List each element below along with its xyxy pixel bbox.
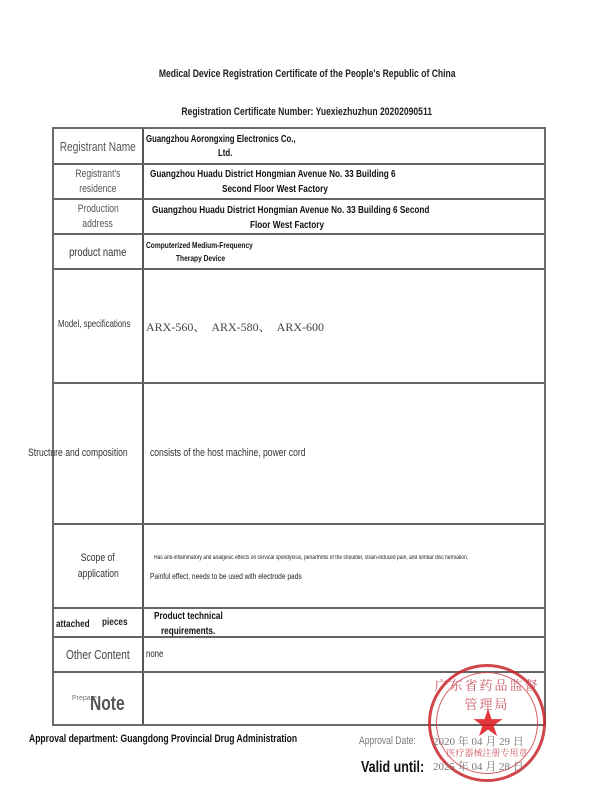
row-divider [54,523,544,525]
certificate-title: Medical Device Registration Certificate … [0,68,602,80]
registration-number: Registration Certificate Number: Yuexiez… [0,106,602,118]
row-divider [54,607,544,609]
label-model-specifications: Model, specifications [58,319,151,330]
label-production-address: Productionaddress [54,200,142,233]
value-other-content: none [146,649,168,660]
valid-until-value: 2025 年 04 月 28 日 [433,758,524,774]
label-pieces: pieces [102,616,135,628]
row-divider [54,382,544,384]
value-product-name: Computerized Medium-Frequency Therapy De… [146,239,540,265]
value-registrant-name: Guangzhou Aorongxing Electronics Co., Lt… [146,133,540,161]
value-scope-line2: Painful effect, needs to be used with el… [150,571,345,581]
label-other-content: Other Content [54,638,142,671]
approval-date-value: 2020 年 04 月 29 日 [433,733,524,749]
label-attached: attached [56,618,99,630]
approval-date-label: Approval Date: [359,735,432,747]
value-model-specifications: ARX-560、 ARX-580、 ARX-600 [146,318,324,335]
value-scope-line1: Has anti-inflammatory and analgesic effe… [154,555,537,561]
row-divider [54,268,544,270]
value-registrant-residence: Guangzhou Huadu District Hongmian Avenue… [146,167,540,197]
value-production-address: Guangzhou Huadu District Hongmian Avenue… [146,203,540,233]
valid-until-label: Valid until: [361,759,442,777]
label-structure-composition: Structure and composition [28,447,156,459]
value-structure-composition: consists of the host machine, power cord [150,447,349,459]
value-attached-pieces: Product technical requirements. [154,609,242,639]
approval-department: Approval department: Guangdong Provincia… [29,733,373,745]
label-product-name: product name [54,235,142,268]
label-registrant-residence: Registrant'sresidence [54,165,142,198]
label-note: Note [90,693,134,716]
certificate-table: Registrant Name Guangzhou Aorongxing Ele… [52,127,546,726]
column-divider [142,129,144,724]
label-scope-application: Scope ofapplication [54,549,142,583]
label-registrant-name: Registrant Name [54,129,142,163]
